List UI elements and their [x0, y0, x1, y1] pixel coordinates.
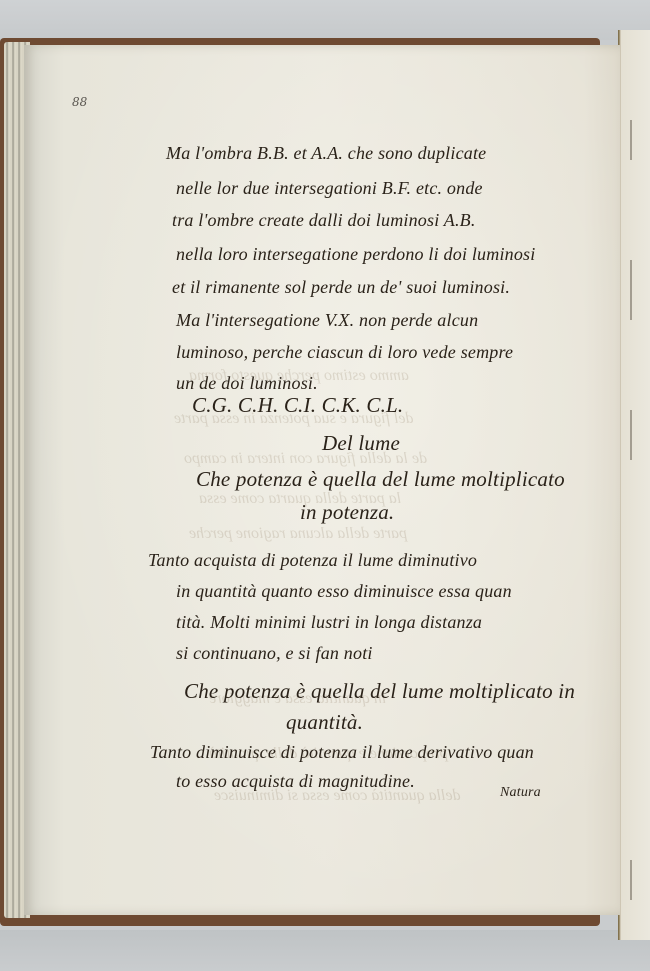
ink-bleed-through: parte della alcuna ragione perche [189, 525, 407, 543]
text-line: et il rimanente sol perde un de' suoi lu… [172, 277, 510, 298]
letter-references: C.G. C.H. C.I. C.K. C.L. [192, 393, 403, 418]
paragraph-line: Tanto diminuisce di potenza il lume deri… [150, 742, 534, 763]
catchword: Natura [500, 785, 541, 801]
text-line: nella loro intersegatione perdono li doi… [176, 244, 535, 265]
facing-page-ink [630, 260, 632, 320]
facing-page-ink [630, 410, 632, 460]
paragraph-line: si continuano, e si fan noti [176, 643, 373, 664]
facing-page [618, 30, 650, 940]
background-top [0, 0, 650, 40]
heading-line: Che potenza è quella del lume moltiplica… [196, 467, 565, 492]
paragraph-line: to esso acquista di magnitudine. [176, 771, 415, 792]
facing-page-ink [630, 120, 632, 160]
text-line: Ma l'ombra B.B. et A.A. che sono duplica… [166, 143, 486, 164]
text-line: luminoso, perche ciascun di loro vede se… [176, 342, 513, 363]
text-line: un de doi luminosi. [176, 373, 318, 394]
facing-page-ink [630, 860, 632, 900]
paragraph-line: Tanto acquista di potenza il lume diminu… [148, 550, 477, 571]
background-bottom [0, 930, 650, 971]
manuscript-page: 88 ammo estimo perche questo forma del f… [24, 45, 620, 915]
paragraph-line: tità. Molti minimi lustri in longa dista… [176, 612, 482, 633]
heading-line: Che potenza è quella del lume moltiplica… [184, 679, 575, 704]
heading-line: quantità. [286, 710, 363, 735]
page-number: 88 [72, 95, 87, 109]
heading-line: in potenza. [300, 500, 394, 525]
paragraph-line: in quantità quanto esso diminuisce essa … [176, 581, 512, 602]
text-line: tra l'ombre create dalli doi luminosi A.… [172, 210, 476, 231]
section-title: Del lume [322, 431, 400, 456]
text-line: nelle lor due intersegationi B.F. etc. o… [176, 178, 483, 199]
text-line: Ma l'intersegatione V.X. non perde alcun [176, 310, 478, 331]
